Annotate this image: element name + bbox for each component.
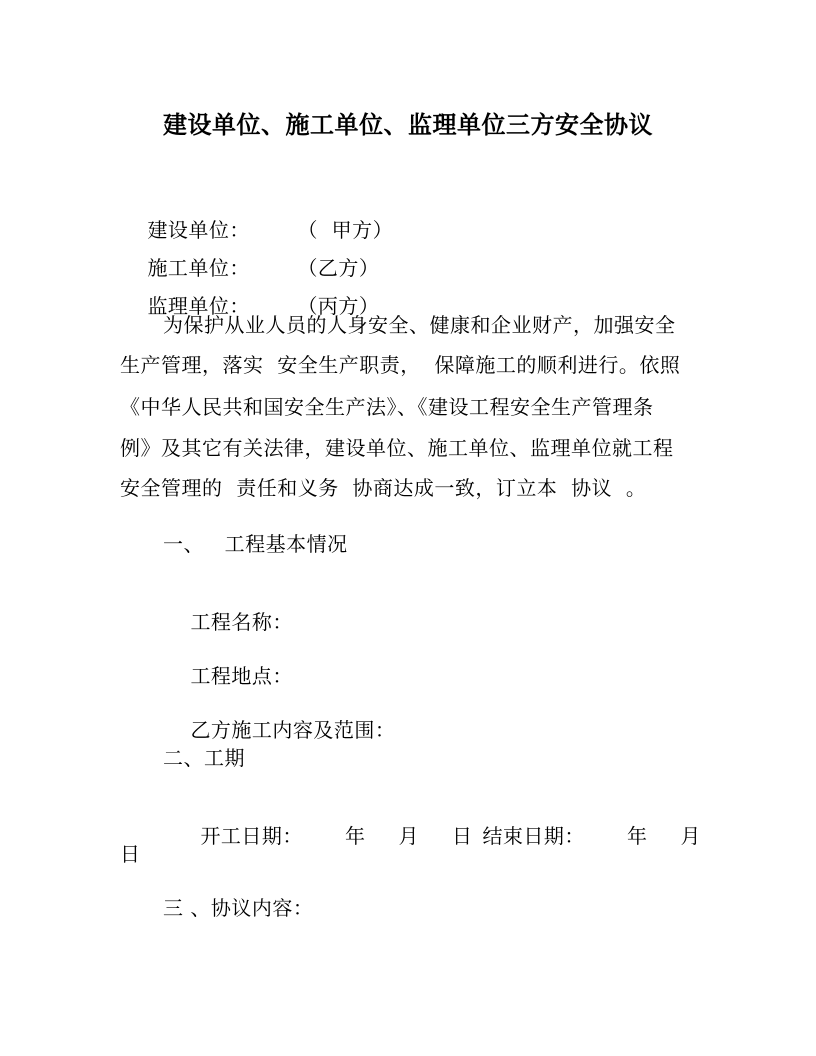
section-heading-basic-info: 一、 工程基本情况	[163, 532, 348, 556]
field-label: 工程地点：	[190, 664, 293, 688]
start-month-unit: 月	[398, 824, 419, 848]
end-month-unit: 月	[680, 824, 701, 848]
document-page: 建设单位、施工单位、监理单位三方安全协议 建设单位：（ 甲方） 施工单位：（乙方…	[0, 0, 816, 1056]
document-title: 建设单位、施工单位、监理单位三方安全协议	[0, 110, 816, 140]
field-label: 工程名称：	[190, 610, 293, 634]
intro-line: 安全管理的 责任和义务 协商达成一致，订立本 协议 。	[120, 476, 646, 500]
intro-line: 《中华人民共和国安全生产法》、《建设工程安全生产管理条	[120, 395, 654, 419]
field-label: 乙方施工内容及范围：	[190, 718, 395, 742]
section-heading-agreement-content: 三 、协议内容：	[163, 896, 313, 920]
start-day-unit: 日	[452, 824, 473, 848]
intro-line: 为保护从业人员的人身安全、健康和企业财产，加强安全	[163, 313, 676, 337]
schedule-dates-row: 开工日期：年月日结束日期：年月	[173, 800, 701, 872]
section-heading-schedule: 二、工期	[163, 746, 245, 770]
end-year-unit: 年	[627, 824, 648, 848]
end-date-label: 结束日期：	[482, 824, 585, 848]
end-day-unit: 日	[120, 842, 141, 866]
intro-line: 例》及其它有关法律，建设单位、施工单位、监理单位就工程	[120, 436, 674, 460]
start-year-unit: 年	[345, 824, 366, 848]
start-date-label: 开工日期：	[200, 824, 303, 848]
intro-line: 生产管理，落实 安全生产职责， 保障施工的顺利进行。依照	[120, 353, 680, 377]
